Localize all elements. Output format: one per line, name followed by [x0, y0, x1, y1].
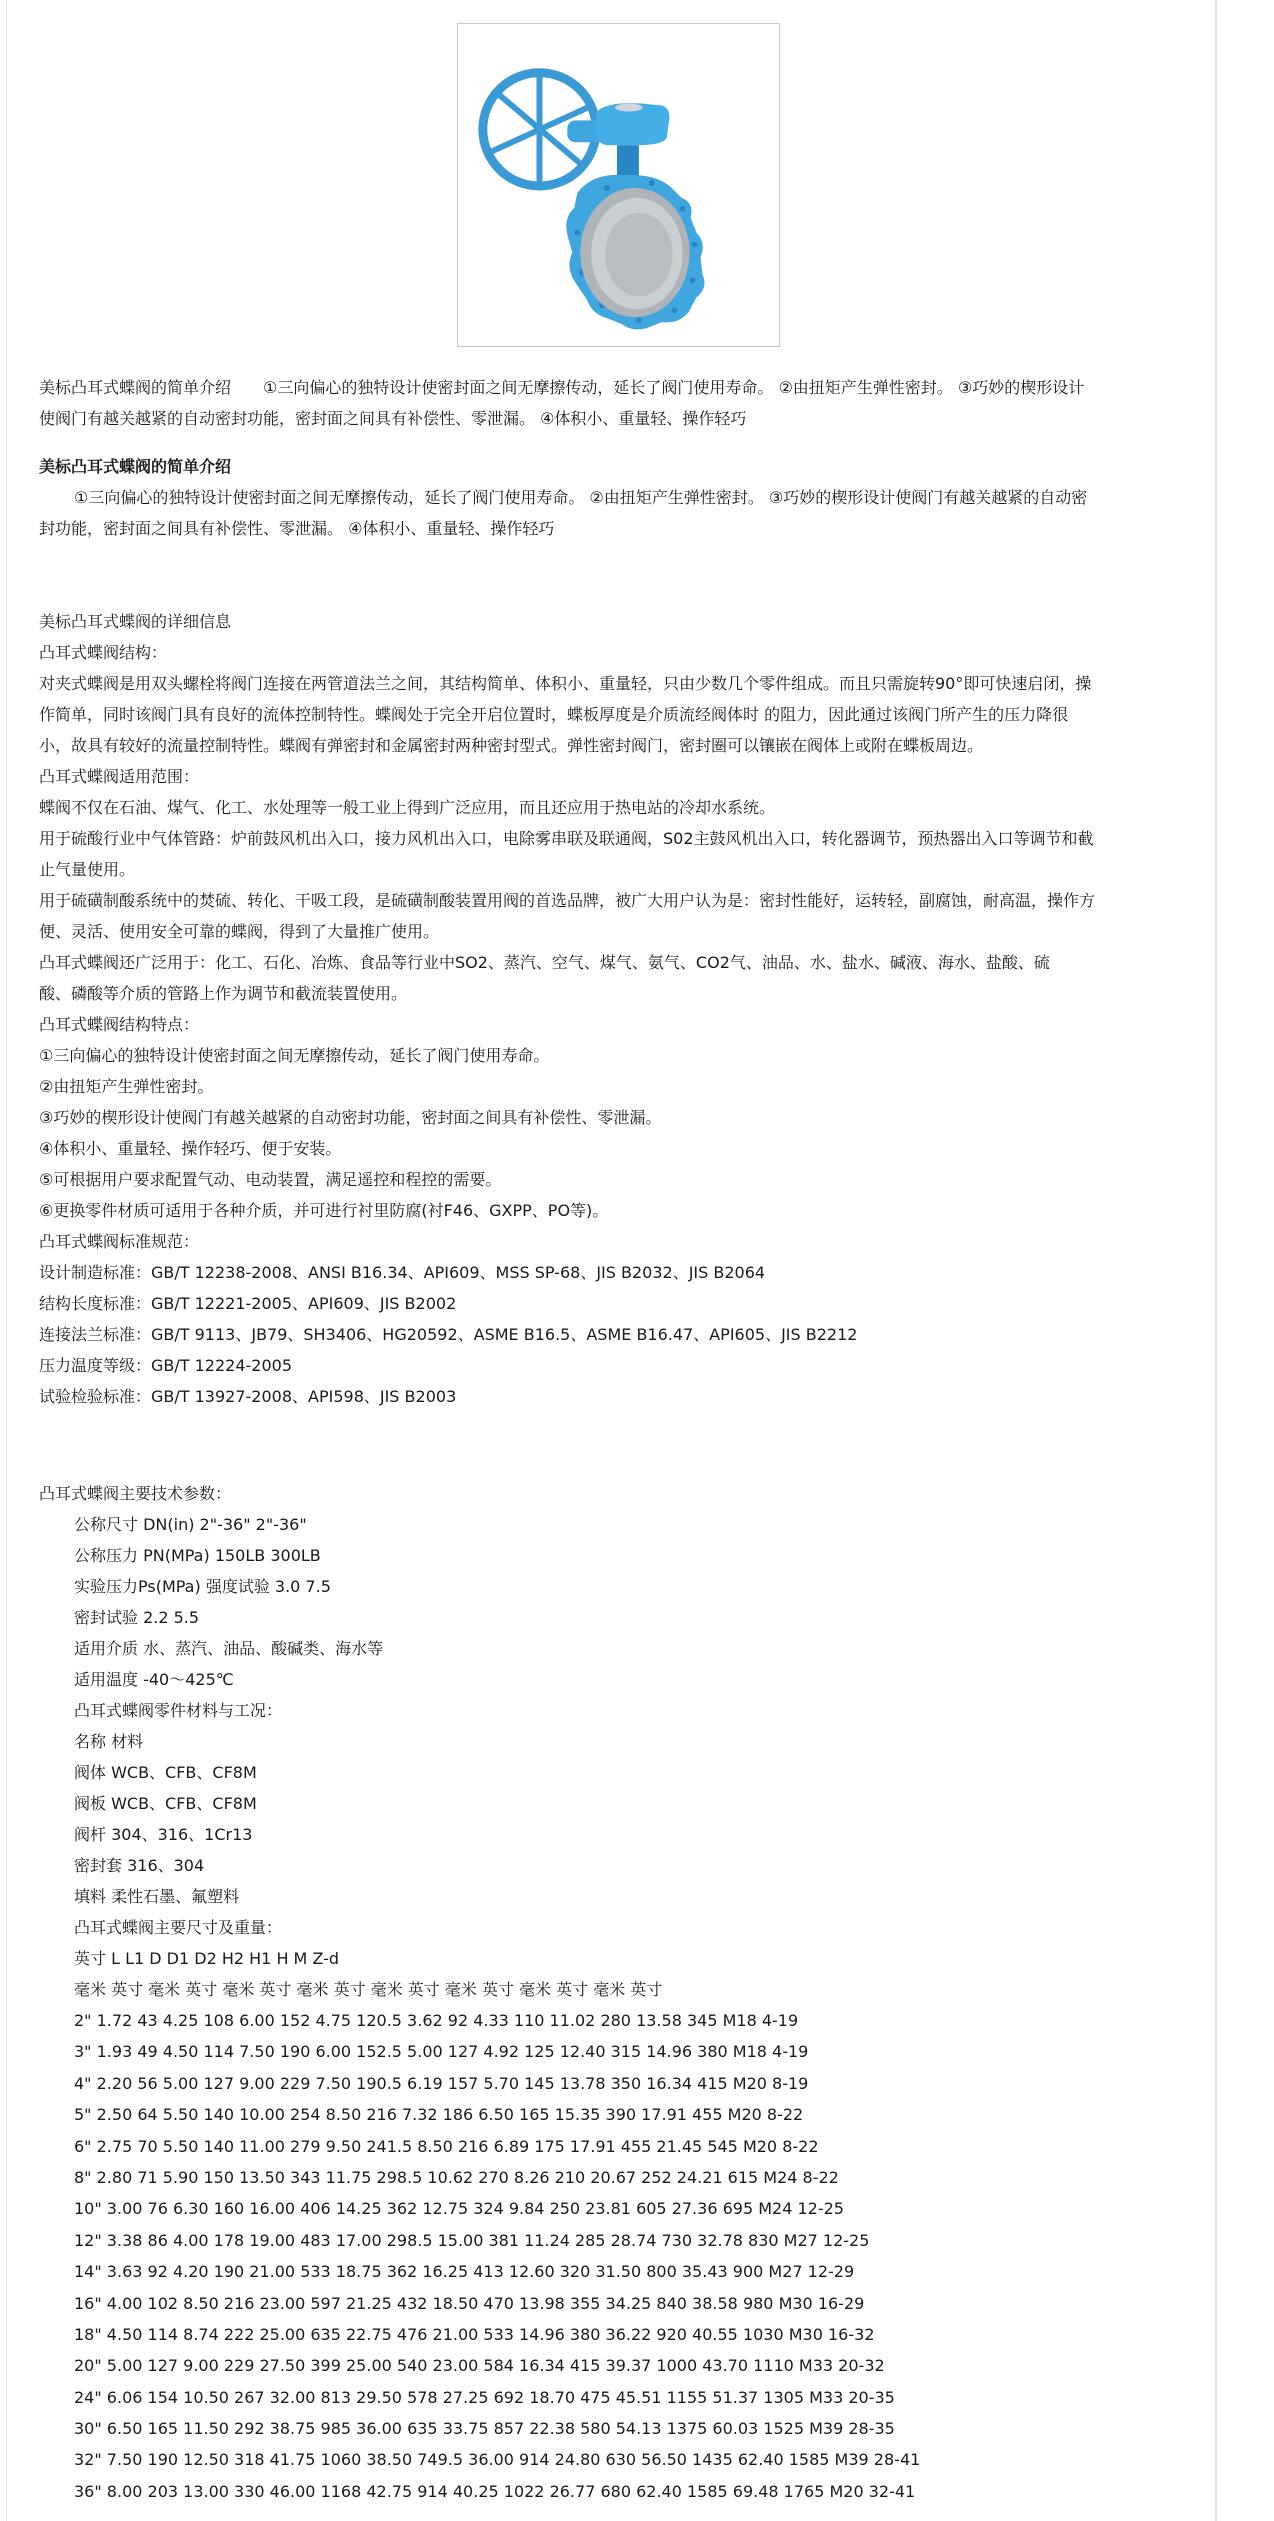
tech-param: 密封试验 2.2 5.5 [39, 1602, 1189, 1633]
standard-item: 结构长度标准：GB/T 12221-2005、API609、JIS B2002 [39, 1288, 1189, 1319]
feature-item: ⑥更换零件材质可适用于各种介质，并可进行衬里防腐(衬F46、GXPP、PO等)。 [39, 1195, 1189, 1226]
page-container: 美标凸耳式蝶阀的简单介绍①三向偏心的独特设计使密封面之间无摩擦传动，延长了阀门使… [6, 0, 1217, 2521]
standard-item: 设计制造标准：GB/T 12238-2008、ANSI B16.34、API60… [39, 1257, 1189, 1288]
dimensions-row: 16" 4.00 102 8.50 216 23.00 597 21.25 43… [39, 2288, 1189, 2319]
intro-inline-text: ①三向偏心的独特设计使密封面之间无摩擦传动，延长了阀门使用寿命。 ②由扭矩产生弹… [263, 378, 1084, 397]
dimensions-row: 18" 4.50 114 8.74 222 25.00 635 22.75 47… [39, 2319, 1189, 2350]
dimensions-row: 36" 8.00 203 13.00 330 46.00 1168 42.75 … [39, 2476, 1189, 2507]
scope-heading: 凸耳式蝶阀适用范围： [39, 761, 1189, 792]
feature-item: ①三向偏心的独特设计使密封面之间无摩擦传动，延长了阀门使用寿命。 [39, 1040, 1189, 1071]
dimensions-row: 3" 1.93 49 4.50 114 7.50 190 6.00 152.5 … [39, 2036, 1189, 2067]
dimensions-row: 4" 2.20 56 5.00 127 9.00 229 7.50 190.5 … [39, 2068, 1189, 2099]
intro-inline-title: 美标凸耳式蝶阀的简单介绍 [39, 378, 231, 397]
spacer [39, 544, 1189, 606]
spacer [39, 1412, 1189, 1478]
scope-line: 用于硫酸行业中气体管路：炉前鼓风机出入口，接力风机出入口，电除雾串联及联通阀，S… [39, 823, 1189, 854]
standards-heading: 凸耳式蝶阀标准规范： [39, 1226, 1189, 1257]
scope-line: 酸、磷酸等介质的管路上作为调节和截流装置使用。 [39, 978, 1189, 1009]
structure-line: 小，故具有较好的流量控制特性。蝶阀有弹密封和金属密封两种密封型式。弹性密封阀门，… [39, 730, 1189, 761]
dimensions-row: 24" 6.06 154 10.50 267 32.00 813 29.50 5… [39, 2382, 1189, 2413]
details-title: 美标凸耳式蝶阀的详细信息 [39, 606, 1189, 637]
feature-item: ③巧妙的楔形设计使阀门有越关越紧的自动密封功能，密封面之间具有补偿性、零泄漏。 [39, 1102, 1189, 1133]
intro-section-title: 美标凸耳式蝶阀的简单介绍 [39, 451, 1189, 482]
product-image [457, 23, 780, 347]
scope-line: 便、灵活、使用安全可靠的蝶阀，得到了大量推广使用。 [39, 916, 1189, 947]
material-item: 密封套 316、304 [39, 1850, 1189, 1881]
intro-inline-line-1: 美标凸耳式蝶阀的简单介绍①三向偏心的独特设计使密封面之间无摩擦传动，延长了阀门使… [39, 372, 1189, 403]
scope-line: 用于硫磺制酸系统中的焚硫、转化、干吸工段，是硫磺制酸装置用阀的首选品牌，被广大用… [39, 885, 1189, 916]
feature-item: ②由扭矩产生弹性密封。 [39, 1071, 1189, 1102]
material-item: 名称 材料 [39, 1726, 1189, 1757]
scope-line: 止气量使用。 [39, 854, 1189, 885]
dimensions-row: 12" 3.38 86 4.00 178 19.00 483 17.00 298… [39, 2225, 1189, 2256]
structure-heading: 凸耳式蝶阀结构： [39, 637, 1189, 668]
dimensions-row: 14" 3.63 92 4.20 190 21.00 533 18.75 362… [39, 2256, 1189, 2287]
dimensions-units: 毫米 英寸 毫米 英寸 毫米 英寸 毫米 英寸 毫米 英寸 毫米 英寸 毫米 英… [39, 1974, 1189, 2005]
dimensions-row: 2" 1.72 43 4.25 108 6.00 152 4.75 120.5 … [39, 2005, 1189, 2036]
standard-item: 压力温度等级：GB/T 12224-2005 [39, 1350, 1189, 1381]
structure-line: 对夹式蝶阀是用双头螺栓将阀门连接在两管道法兰之间，其结构简单、体积小、重量轻，只… [39, 668, 1189, 699]
scope-line: 凸耳式蝶阀还广泛用于：化工、石化、冶炼、食品等行业中SO2、蒸汽、空气、煤气、氨… [39, 947, 1189, 978]
dimensions-row: 5" 2.50 64 5.50 140 10.00 254 8.50 216 7… [39, 2099, 1189, 2130]
spacer [39, 434, 1189, 451]
dimensions-heading: 凸耳式蝶阀主要尺寸及重量： [39, 1912, 1189, 1943]
tech-param: 实验压力Ps(MPa) 强度试验 3.0 7.5 [39, 1571, 1189, 1602]
standard-item: 试验检验标准：GB/T 13927-2008、API598、JIS B2003 [39, 1381, 1189, 1412]
material-item: 阀杆 304、316、1Cr13 [39, 1819, 1189, 1850]
tech-params-heading: 凸耳式蝶阀主要技术参数： [39, 1478, 1189, 1509]
tech-param: 适用温度 -40～425℃ [39, 1664, 1189, 1695]
intro-section-line-1: ①三向偏心的独特设计使密封面之间无摩擦传动，延长了阀门使用寿命。 ②由扭矩产生弹… [39, 482, 1189, 513]
dimensions-row: 20" 5.00 127 9.00 229 27.50 399 25.00 54… [39, 2350, 1189, 2381]
features-heading: 凸耳式蝶阀结构特点： [39, 1009, 1189, 1040]
dimensions-header: 英寸 L L1 D D1 D2 H2 H1 H M Z-d [39, 1943, 1189, 1974]
structure-line: 作简单，同时该阀门具有良好的流体控制特性。蝶阀处于完全开启位置时，蝶板厚度是介质… [39, 699, 1189, 730]
tech-param: 适用介质 水、蒸汽、油品、酸碱类、海水等 [39, 1633, 1189, 1664]
article-content: 美标凸耳式蝶阀的简单介绍①三向偏心的独特设计使密封面之间无摩擦传动，延长了阀门使… [39, 372, 1189, 2507]
tech-param: 公称尺寸 DN(in) 2"-36" 2"-36" [39, 1509, 1189, 1540]
material-item: 阀板 WCB、CFB、CF8M [39, 1788, 1189, 1819]
feature-item: ④体积小、重量轻、操作轻巧、便于安装。 [39, 1133, 1189, 1164]
tech-param: 公称压力 PN(MPa) 150LB 300LB [39, 1540, 1189, 1571]
material-item: 阀体 WCB、CFB、CF8M [39, 1757, 1189, 1788]
dimensions-row: 32" 7.50 190 12.50 318 41.75 1060 38.50 … [39, 2444, 1189, 2475]
material-item: 填料 柔性石墨、氟塑料 [39, 1881, 1189, 1912]
dimensions-row: 8" 2.80 71 5.90 150 13.50 343 11.75 298.… [39, 2162, 1189, 2193]
feature-item: ⑤可根据用户要求配置气动、电动装置，满足遥控和程控的需要。 [39, 1164, 1189, 1195]
intro-inline-line-2: 使阀门有越关越紧的自动密封功能，密封面之间具有补偿性、零泄漏。 ④体积小、重量轻… [39, 403, 1189, 434]
dimensions-row: 10" 3.00 76 6.30 160 16.00 406 14.25 362… [39, 2193, 1189, 2224]
butterfly-valve-illustration [458, 24, 779, 346]
intro-section-line-2: 封功能，密封面之间具有补偿性、零泄漏。 ④体积小、重量轻、操作轻巧 [39, 513, 1189, 544]
dimensions-row: 30" 6.50 165 11.50 292 38.75 985 36.00 6… [39, 2413, 1189, 2444]
dimensions-row: 6" 2.75 70 5.50 140 11.00 279 9.50 241.5… [39, 2131, 1189, 2162]
materials-heading: 凸耳式蝶阀零件材料与工况： [39, 1695, 1189, 1726]
standard-item: 连接法兰标准：GB/T 9113、JB79、SH3406、HG20592、ASM… [39, 1319, 1189, 1350]
scope-line: 蝶阀不仅在石油、煤气、化工、水处理等一般工业上得到广泛应用，而且还应用于热电站的… [39, 792, 1189, 823]
